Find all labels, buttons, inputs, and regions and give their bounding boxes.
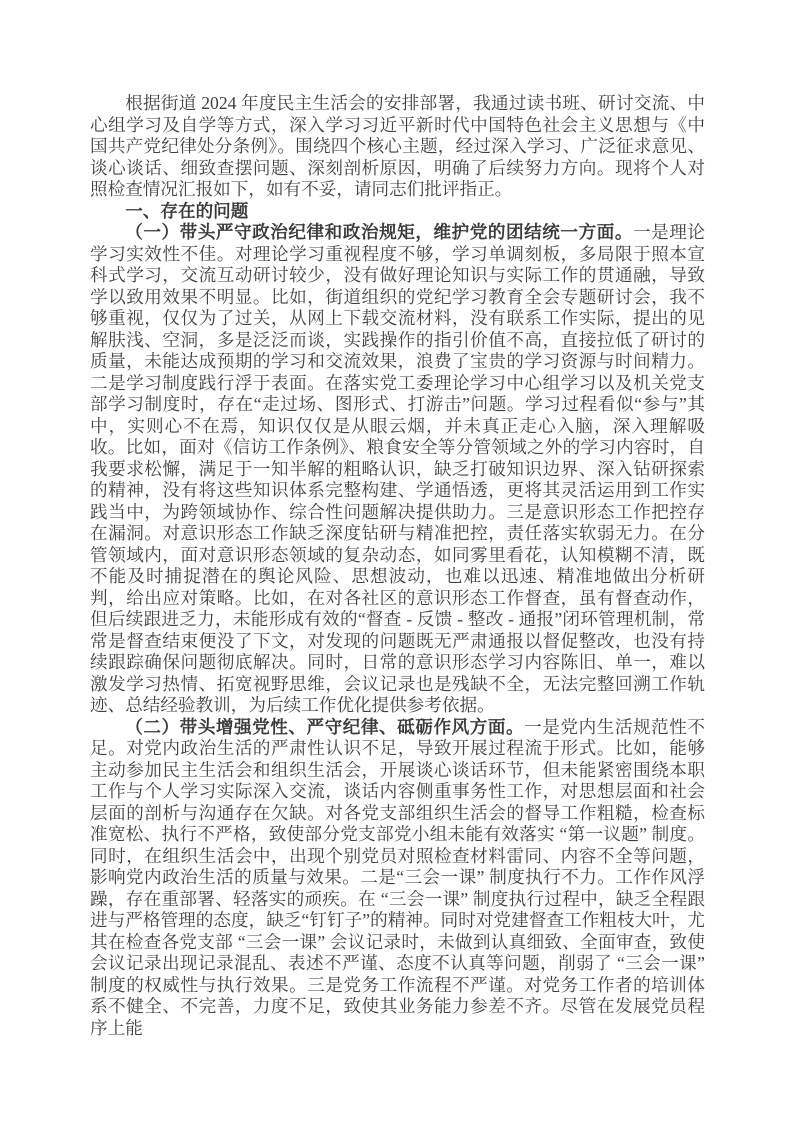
issue-2-body: 一是党内生活规范性不足。对党内政治生活的严肃性认识不足，导致开展过程流于形式。比… xyxy=(90,717,705,1038)
issue-paragraph-1: （一）带头严守政治纪律和政治规矩，维护党的团结统一方面。一是理论学习实效性不佳。… xyxy=(90,222,705,717)
issue-1-lead: （一）带头严守政治纪律和政治规矩，维护党的团结统一方面。 xyxy=(125,222,633,242)
section-heading-existing-problems: 一、存在的问题 xyxy=(90,201,705,223)
issue-1-body: 一是理论学习实效性不佳。对理论学习重视程度不够，学习单调刻板，多局限于照本宣科式… xyxy=(90,222,705,715)
issue-paragraph-2: （二）带头增强党性、严守纪律、砥砺作风方面。一是党内生活规范性不足。对党内政治生… xyxy=(90,717,705,1040)
document-page: 根据街道 2024 年度民主生活会的安排部署，我通过读书班、研讨交流、中心组学习… xyxy=(0,0,793,1122)
issue-2-lead: （二）带头增强党性、严守纪律、砥砺作风方面。 xyxy=(125,717,524,737)
intro-paragraph: 根据街道 2024 年度民主生活会的安排部署，我通过读书班、研讨交流、中心组学习… xyxy=(90,93,705,201)
